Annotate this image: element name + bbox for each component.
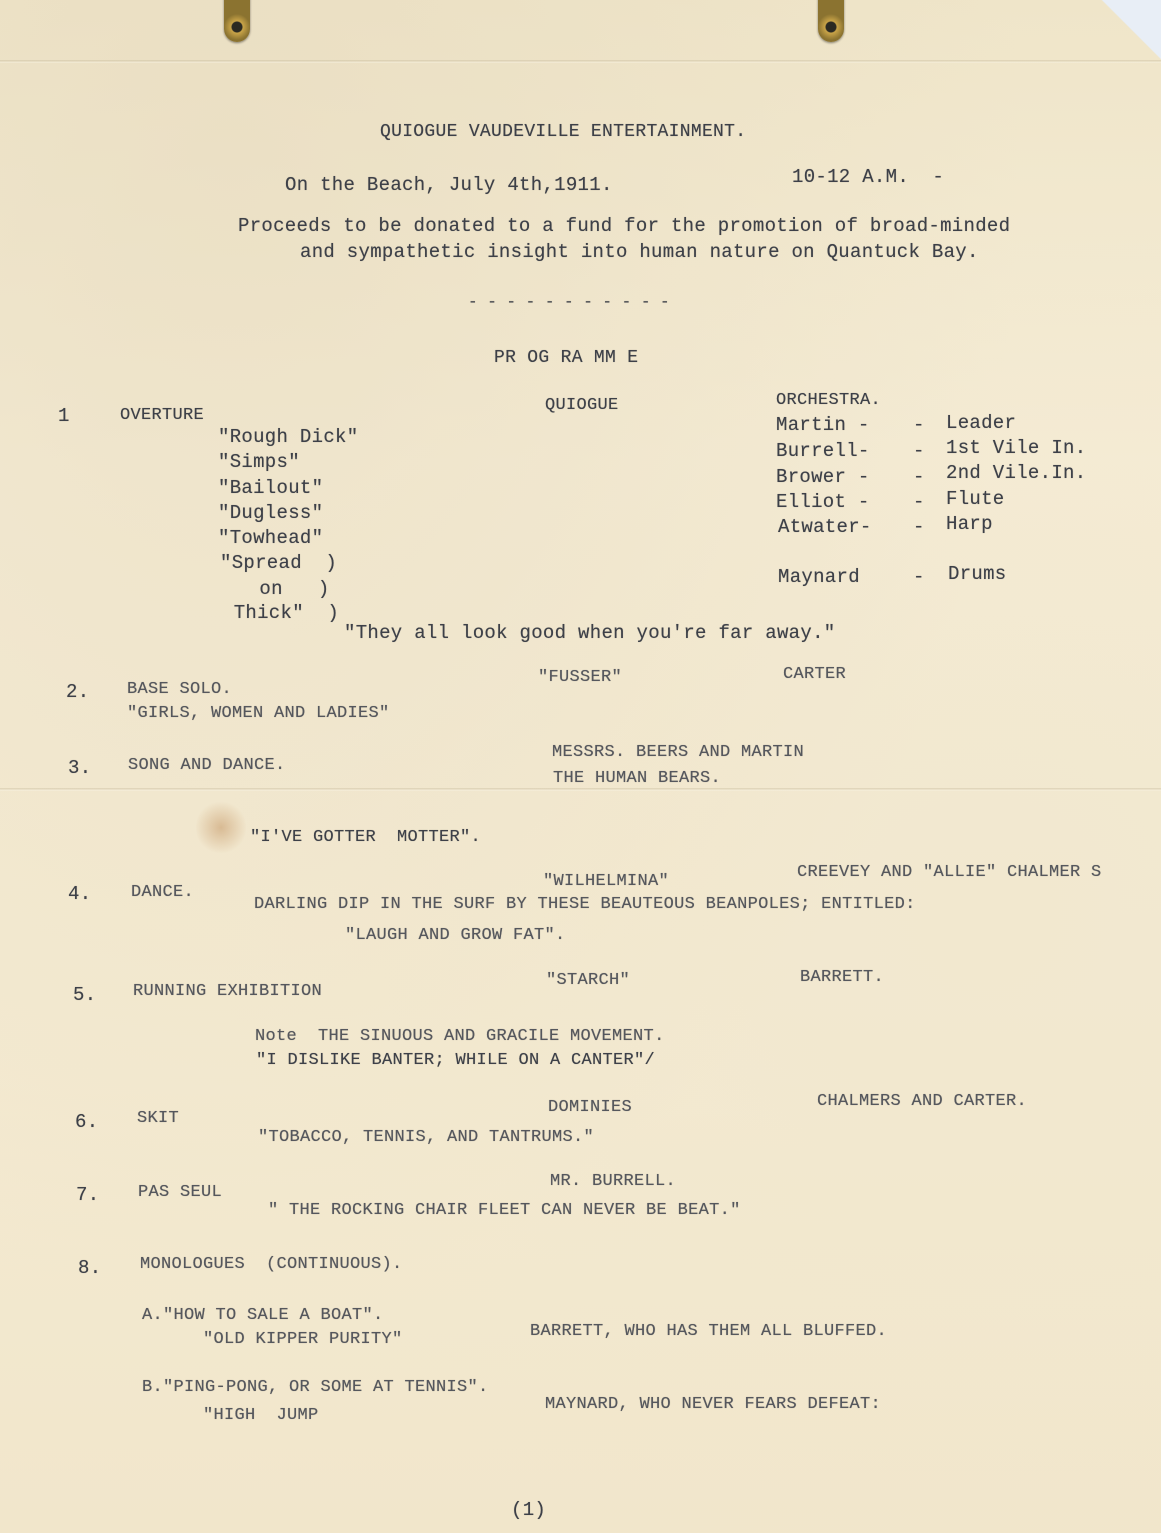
item-title: SKIT [137,1107,179,1131]
member-name: Elliot - [776,490,870,514]
monologue-a-title: A."HOW TO SALE A BOAT". [142,1304,384,1328]
performer: CHALMERS AND CARTER. [817,1090,1027,1114]
orchestra-heading: ORCHESTRA. [776,389,881,413]
item-number: 8. [78,1256,101,1280]
stage-name: "STARCH" [546,969,630,993]
member-name: Maynard [778,565,860,589]
item-quote: " THE ROCKING CHAIR FLEET CAN NEVER BE B… [268,1199,741,1223]
item-number: 3. [68,756,91,780]
proceeds-line-1: Proceeds to be donated to a fund for the… [238,214,1010,238]
nickname: "Rough Dick" [218,425,358,449]
paper-fold [0,60,1161,63]
document-title: QUIOGUE VAUDEVILLE ENTERTAINMENT. [380,120,746,144]
item-quote: "I DISLIKE BANTER; WHILE ON A CANTER"/ [256,1049,655,1073]
member-role: Flute [946,487,1005,511]
item-number: 6. [75,1110,98,1134]
brass-fastener-icon [818,0,844,42]
member-dash: - [913,413,925,437]
item-entitled: "LAUGH AND GROW FAT". [345,924,566,948]
item-number: 1 [58,404,70,428]
member-dash: - [913,515,925,539]
programme-heading: PR OG RA MM E [494,346,638,370]
item-description: DARLING DIP IN THE SURF BY THESE BEAUTEO… [254,893,916,917]
member-role: 1st Vile In. [946,436,1086,460]
nickname: "Towhead" [218,526,323,550]
stain-mark [196,800,246,855]
venue-date: On the Beach, July 4th,1911. [285,173,613,197]
page-number: (1) [511,1498,546,1522]
item-subtitle: "TOBACCO, TENNIS, AND TANTRUMS." [258,1126,594,1150]
nickname: "Spread ) [220,551,337,575]
group-name: QUIOGUE [545,394,619,418]
item-title: MONOLOGUES (CONTINUOUS). [140,1253,403,1277]
member-role: Harp [946,512,993,536]
monologue-b-title: B."PING-PONG, OR SOME AT TENNIS". [142,1376,489,1400]
nickname: "Dugless" [218,501,323,525]
item-number: 7. [76,1183,99,1207]
nickname: Thick" ) [222,601,339,625]
item-quote: "I'VE GOTTER MOTTER". [250,826,481,850]
monologue-a-subtitle: "OLD KIPPER PURITY" [203,1328,403,1352]
member-name: Atwater- [778,515,872,539]
member-dash: - [913,439,925,463]
monologue-b-performer: MAYNARD, WHO NEVER FEARS DEFEAT: [545,1393,881,1417]
item-title: BASE SOLO. [127,678,232,702]
member-dash: - [913,490,925,514]
performer: CARTER [783,663,846,687]
monologue-a-performer: BARRETT, WHO HAS THEM ALL BLUFFED. [530,1320,887,1344]
member-role: 2nd Vile.In. [946,461,1086,485]
member-role: Leader [946,411,1016,435]
event-time: 10-12 A.M. - [792,165,944,189]
stage-name: "FUSSER" [538,666,622,690]
member-dash: - [913,465,925,489]
member-name: Martin - [776,413,870,437]
item-title: SONG AND DANCE. [128,754,286,778]
item-title: DANCE. [131,881,194,905]
performer: CREEVEY AND "ALLIE" CHALMER S [797,861,1102,885]
item-title: RUNNING EXHIBITION [133,980,322,1004]
member-role: Drums [948,562,1007,586]
monologue-b-subtitle: "HIGH JUMP [203,1404,319,1428]
nickname: on ) [236,577,330,601]
nickname: "Simps" [218,450,300,474]
stage-name: "WILHELMINA" [543,870,669,894]
item-title: PAS SEUL [138,1181,222,1205]
member-name: Burrell- [776,439,870,463]
brass-fastener-icon [224,0,250,42]
performer-line-2: THE HUMAN BEARS. [553,767,721,791]
divider: - - - - - - - - - - - [468,290,670,314]
performer: MR. BURRELL. [550,1170,676,1194]
item-title: OVERTURE [120,404,204,428]
member-name: Brower - [776,465,870,489]
proceeds-line-2: and sympathetic insight into human natur… [300,240,979,264]
item-number: 4. [68,882,91,906]
item-note: Note THE SINUOUS AND GRACILE MOVEMENT. [255,1025,665,1049]
item-number: 5. [73,983,96,1007]
stage-name: DOMINIES [548,1096,632,1120]
member-dash: - [913,565,925,589]
performer: BARRETT. [800,966,884,990]
item-number: 2. [66,680,89,704]
performer-line-1: MESSRS. BEERS AND MARTIN [552,741,804,765]
item-subtitle: "GIRLS, WOMEN AND LADIES" [127,702,390,726]
nickname: "Bailout" [218,476,323,500]
overture-quote: "They all look good when you're far away… [344,621,835,645]
